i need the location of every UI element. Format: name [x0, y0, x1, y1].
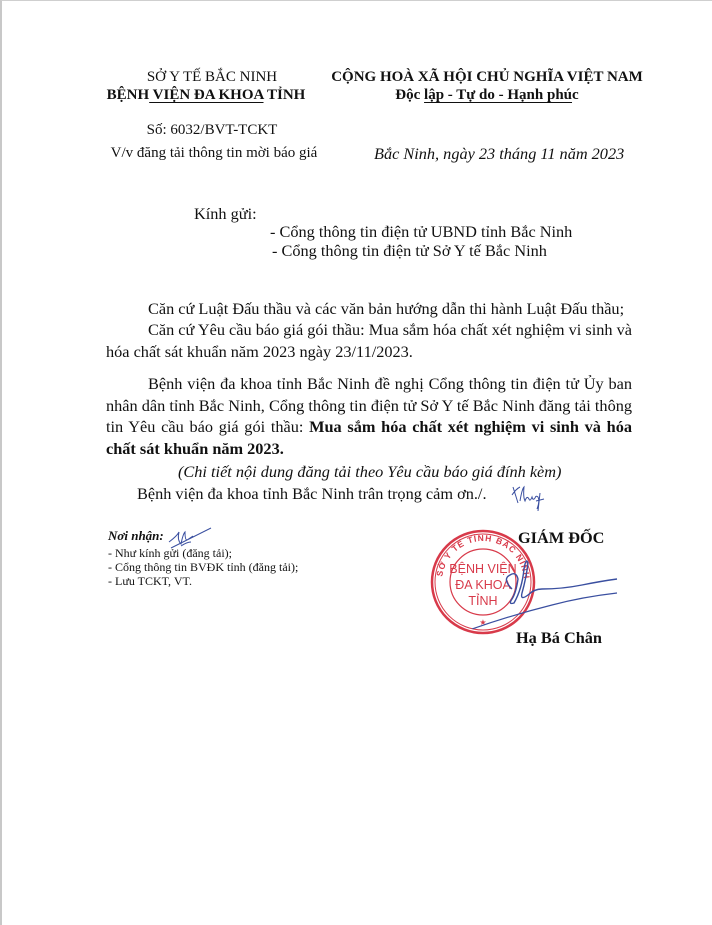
org-name-suffix: TỈNH [264, 87, 306, 103]
initial-signature-icon [510, 483, 550, 513]
distribution-list: - Như kính gửi (đăng tải); - Cổng thông … [108, 546, 298, 589]
attachment-note: (Chi tiết nội dung đăng tải theo Yêu cầu… [178, 462, 561, 482]
recipient-item: - Cổng thông tin điện tử Sở Y tế Bắc Nin… [272, 241, 547, 261]
motto-underlined: lập - Tự do - Hạnh phú [424, 87, 572, 103]
national-motto: Độc lập - Tự do - Hạnh phúc [322, 87, 652, 104]
signer-title: GIÁM ĐỐC [518, 528, 604, 548]
distribution-label: Nơi nhận: [108, 528, 164, 544]
document-subject: V/v đăng tải thông tin mời báo giá [94, 145, 334, 162]
issuing-authority: SỞ Y TẾ BẮC NINH [102, 69, 322, 86]
body-paragraph-quote-request: Căn cứ Yêu cầu báo giá gói thầu: Mua sắm… [106, 319, 632, 362]
distribution-item: - Cổng thông tin BVĐK tỉnh (đăng tải); [108, 560, 298, 574]
motto-prefix: Độc [395, 87, 424, 103]
place-and-date: Bắc Ninh, ngày 23 tháng 11 năm 2023 [374, 144, 624, 164]
recipient-item: - Cổng thông tin điện tử UBND tỉnh Bắc N… [270, 222, 572, 242]
closing-thanks: Bệnh viện đa khoa tỉnh Bắc Ninh trân trọ… [137, 484, 487, 504]
issuing-organization: BỆNH VIỆN ĐA KHOA TỈNH [90, 87, 322, 104]
national-title: CỘNG HOÀ XÃ HỘI CHỦ NGHĨA VIỆT NAM [322, 69, 652, 86]
org-name-prefix: BỆNH [107, 87, 150, 103]
org-name-underlined: VIỆN ĐA KHOA [149, 87, 263, 103]
greeting-label: Kính gửi: [194, 204, 257, 224]
director-signature-icon [472, 549, 622, 629]
body-paragraph-request: Bệnh viện đa khoa tỉnh Bắc Ninh đề nghị … [106, 373, 632, 459]
signer-name: Hạ Bá Chân [516, 628, 602, 648]
motto-suffix: c [572, 87, 579, 103]
distribution-item: - Lưu TCKT, VT. [108, 574, 298, 588]
document-number: Số: 6032/BVT-TCKT [102, 122, 322, 139]
body-paragraph-legal-basis: Căn cứ Luật Đấu thầu và các văn bản hướn… [106, 298, 632, 320]
distribution-item: - Như kính gửi (đăng tải); [108, 546, 298, 560]
